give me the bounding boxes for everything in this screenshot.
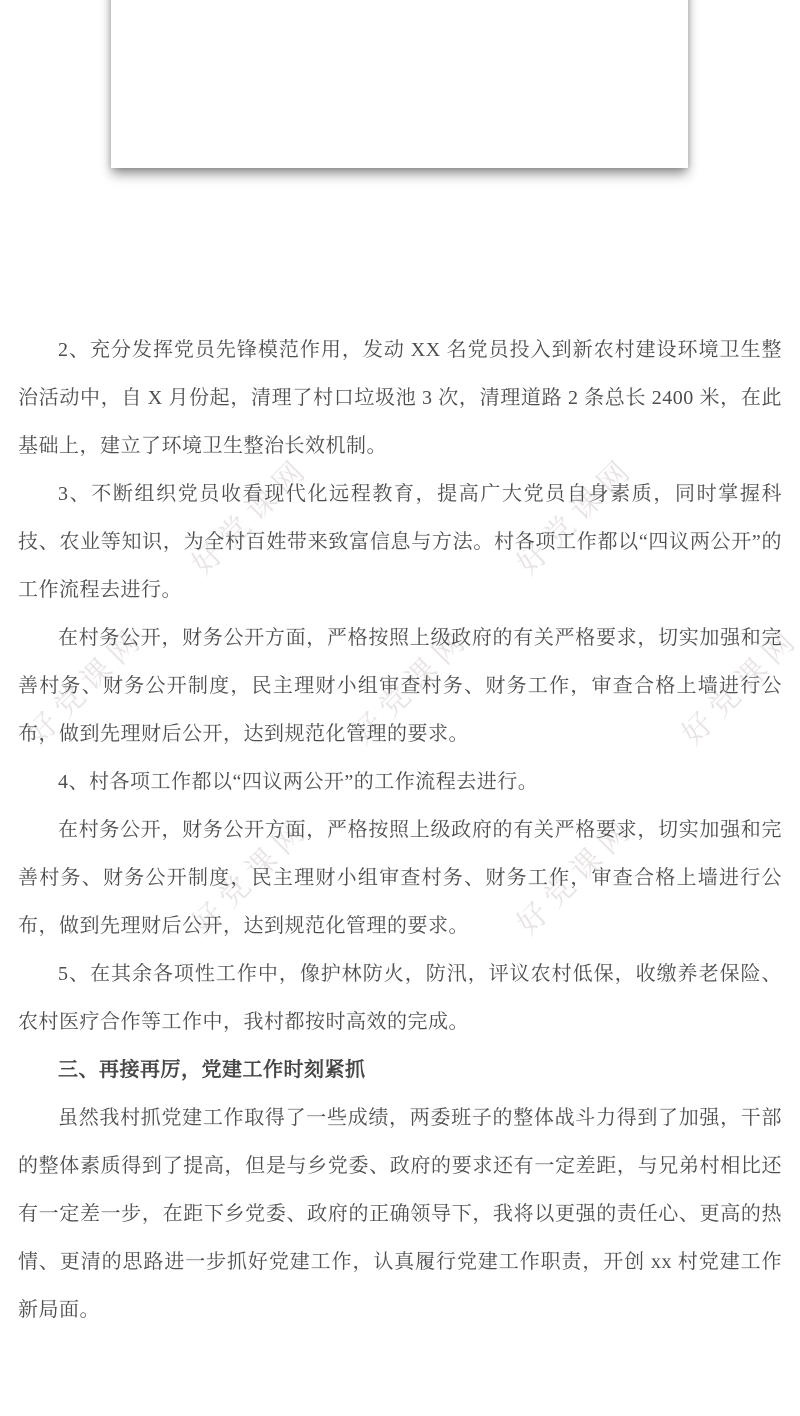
- document-body: 2、充分发挥党员先锋模范作用，发动 XX 名党员投入到新农村建设环境卫生整治活动…: [18, 326, 782, 1334]
- paragraph: 3、不断组织党员收看现代化远程教育，提高广大党员自身素质，同时掌握科技、农业等知…: [18, 470, 782, 614]
- paragraph: 2、充分发挥党员先锋模范作用，发动 XX 名党员投入到新农村建设环境卫生整治活动…: [18, 326, 782, 470]
- paragraph: 4、村各项工作都以“四议两公开”的工作流程去进行。: [18, 758, 782, 806]
- paragraph: 在村务公开，财务公开方面，严格按照上级政府的有关严格要求，切实加强和完善村务、财…: [18, 806, 782, 950]
- paragraph: 虽然我村抓党建工作取得了一些成绩，两委班子的整体战斗力得到了加强，干部的整体素质…: [18, 1094, 782, 1334]
- section-heading: 三、再接再厉，党建工作时刻紧抓: [18, 1046, 782, 1094]
- paragraph: 在村务公开，财务公开方面，严格按照上级政府的有关严格要求，切实加强和完善村务、财…: [18, 614, 782, 758]
- page: { "page": { "background": "#ffffff", "te…: [0, 0, 800, 1416]
- page-preview-card: [111, 0, 688, 168]
- paragraph: 5、在其余各项性工作中，像护林防火，防汛，评议农村低保，收缴养老保险、农村医疗合…: [18, 950, 782, 1046]
